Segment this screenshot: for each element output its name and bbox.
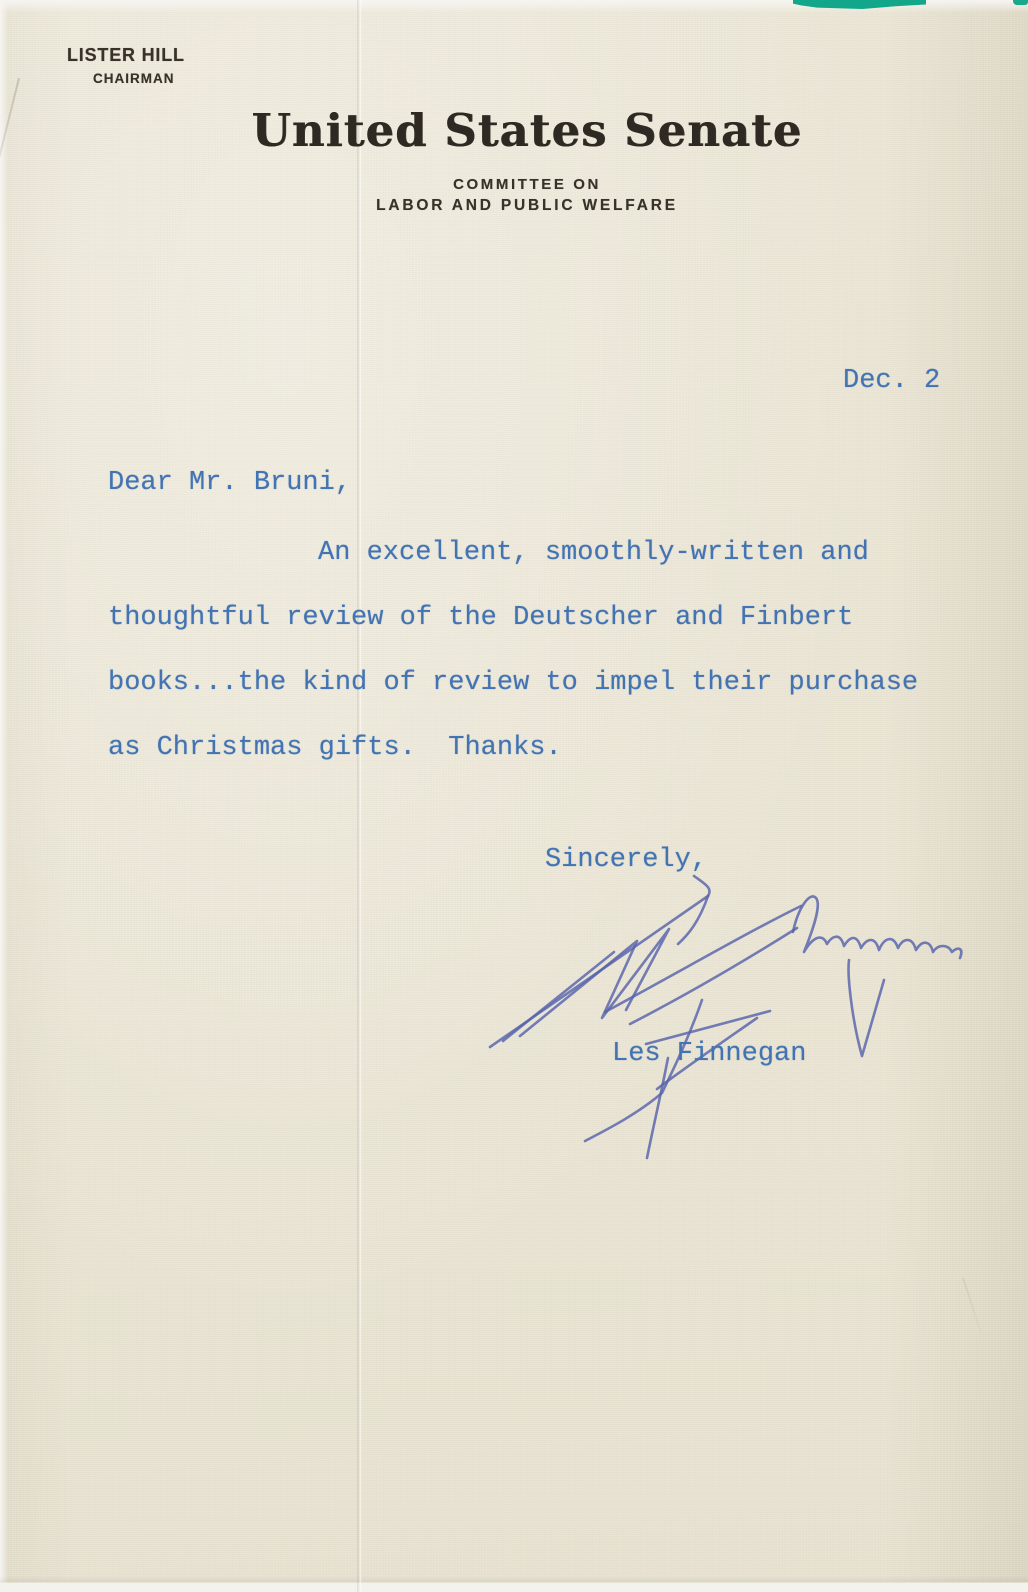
body-line: as Christmas gifts. Thanks.: [108, 731, 562, 765]
paper-left-edge: [0, 0, 8, 1592]
committee-line-1: COMMITTEE ON: [27, 176, 1027, 193]
salutation: Dear Mr. Bruni,: [108, 466, 351, 500]
body-line: An excellent, smoothly-written and: [318, 536, 869, 570]
body-line: thoughtful review of the Deutscher and F…: [108, 601, 853, 635]
letterhead-organization: United States Senate: [27, 104, 1027, 157]
signature-typed-name: Les Finnegan: [612, 1037, 806, 1071]
paper-bottom-edge: [0, 1576, 1028, 1592]
sender-title: CHAIRMAN: [93, 71, 175, 86]
sender-name: LISTER HILL: [67, 45, 185, 66]
handwritten-signature: [455, 853, 1000, 1163]
letter-paper: [0, 0, 1028, 1592]
scanned-letter: LISTER HILL CHAIRMAN United States Senat…: [0, 0, 1028, 1592]
committee-line-2: LABOR AND PUBLIC WELFARE: [27, 197, 1027, 215]
green-speck: [1013, 0, 1028, 5]
letter-date: Dec. 2: [843, 364, 940, 398]
body-line: books...the kind of review to impel thei…: [108, 666, 918, 700]
